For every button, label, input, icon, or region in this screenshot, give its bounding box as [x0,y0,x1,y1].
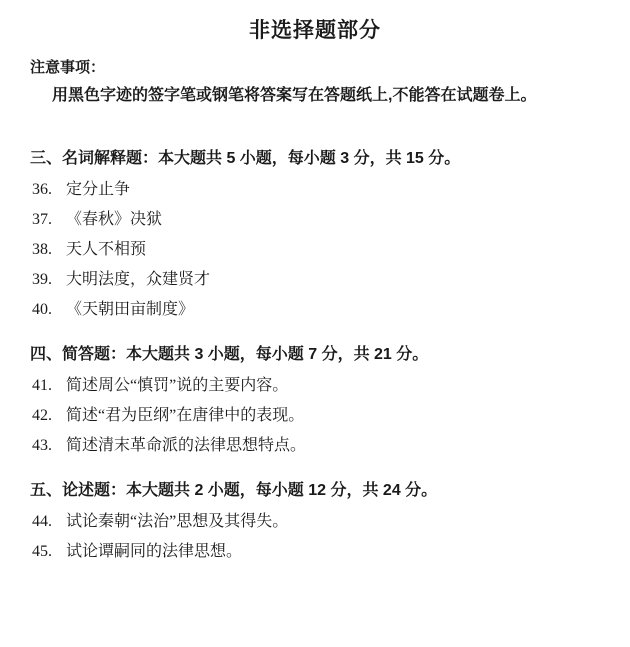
question-number: 37. [32,211,58,229]
question-number: 39. [32,271,58,289]
question-item: 36. 定分止争 [32,181,630,199]
question-number: 38. [32,241,58,259]
question-text: 定分止争 [66,181,130,199]
question-item: 39. 大明法度，众建贤才 [32,271,630,289]
question-item: 38. 天人不相预 [32,241,630,259]
question-number: 36. [32,181,58,199]
question-number: 40. [32,301,58,319]
question-item: 37. 《春秋》决狱 [32,211,630,229]
question-item: 40. 《天朝田亩制度》 [32,301,630,319]
question-text: 试论秦朝“法治”思想及其得失。 [66,513,288,531]
question-text: 《春秋》决狱 [66,211,162,229]
question-item: 42. 简述“君为臣纲”在唐律中的表现。 [32,407,630,425]
notice-text: 用黑色字迹的签字笔或钢笔将答案写在答题纸上,不能答在试题卷上。 [52,85,630,107]
section-heading: 三、名词解释题：本大题共 5 小题，每小题 3 分，共 15 分。 [30,149,630,169]
question-number: 45. [32,543,58,561]
question-text: 天人不相预 [66,241,146,259]
notice-label: 注意事项： [30,58,630,78]
question-number: 43. [32,437,58,455]
question-item: 45. 试论谭嗣同的法律思想。 [32,543,630,561]
question-text: 简述清末革命派的法律思想特点。 [66,437,306,455]
section-essay: 五、论述题：本大题共 2 小题，每小题 12 分，共 24 分。 44. 试论秦… [0,481,630,561]
question-number: 41. [32,377,58,395]
question-number: 42. [32,407,58,425]
notice-block: 注意事项： 用黑色字迹的签字笔或钢笔将答案写在答题纸上,不能答在试题卷上。 [0,58,630,107]
section-heading: 五、论述题：本大题共 2 小题，每小题 12 分，共 24 分。 [30,481,630,501]
exam-page: 非选择题部分 注意事项： 用黑色字迹的签字笔或钢笔将答案写在答题纸上,不能答在试… [0,0,630,647]
page-title: 非选择题部分 [0,0,630,45]
section-short-answer: 四、简答题：本大题共 3 小题，每小题 7 分，共 21 分。 41. 简述周公… [0,345,630,455]
question-item: 43. 简述清末革命派的法律思想特点。 [32,437,630,455]
question-item: 44. 试论秦朝“法治”思想及其得失。 [32,513,630,531]
question-text: 大明法度，众建贤才 [66,271,210,289]
question-text: 简述“君为臣纲”在唐律中的表现。 [66,407,304,425]
question-item: 41. 简述周公“慎罚”说的主要内容。 [32,377,630,395]
question-text: 简述周公“慎罚”说的主要内容。 [66,377,288,395]
question-text: 《天朝田亩制度》 [66,301,194,319]
question-text: 试论谭嗣同的法律思想。 [66,543,242,561]
section-heading: 四、简答题：本大题共 3 小题，每小题 7 分，共 21 分。 [30,345,630,365]
section-term-definitions: 三、名词解释题：本大题共 5 小题，每小题 3 分，共 15 分。 36. 定分… [0,149,630,319]
question-number: 44. [32,513,58,531]
